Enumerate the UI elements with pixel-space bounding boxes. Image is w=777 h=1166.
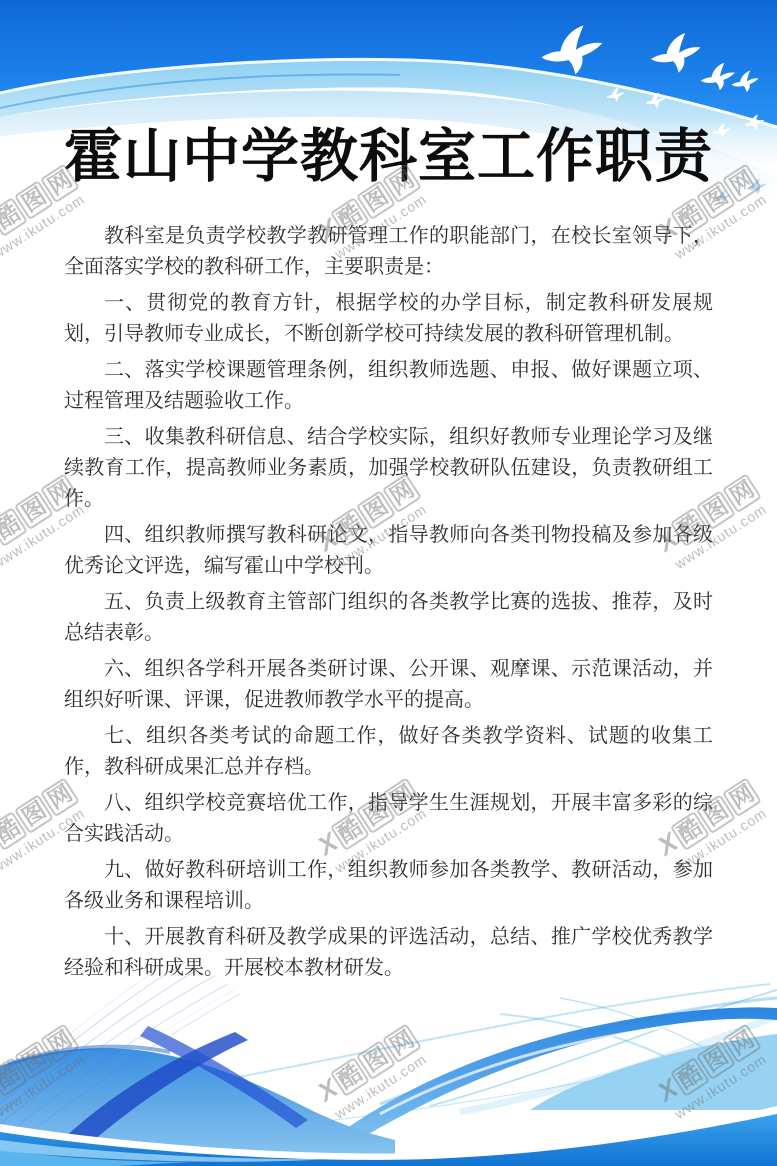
page-title: 霍山中学教科室工作职责 — [0, 124, 777, 191]
dove-icon — [714, 190, 730, 203]
duty-item-2: 二、落实学校课题管理条例，组织教师选题、申报、做好课题立项、过程管理及结题验收工… — [64, 355, 713, 417]
intro-paragraph: 教科室是负责学校教学教研管理工作的职能部门，在校长室领导下，全面落实学校的教科研… — [64, 221, 713, 283]
duty-item-5: 五、负责上级教育主管部门组织的各类教学比赛的选拔、推荐，及时总结表彰。 — [64, 587, 713, 649]
header-art — [0, 0, 777, 232]
duty-item-10: 十、开展教育科研及教学成果的评选活动，总结、推广学校优秀教学经验和科研成果。开展… — [64, 922, 713, 984]
poster: 霍山中学教科室工作职责 教科室是负责学校教学教研管理工作的职能部门，在校长室领导… — [0, 0, 777, 1166]
watermark-logo-icon: X — [0, 827, 1, 862]
watermark-logo-icon: X — [0, 523, 1, 558]
duty-item-9: 九、做好教科研培训工作，组织教师参加各类教学、教研活动，参加各级业务和课程培训。 — [64, 855, 713, 917]
duty-item-7: 七、组织各类考试的命题工作，做好各类教学资料、试题的收集工作，教科研成果汇总并存… — [64, 721, 713, 783]
duty-item-8: 八、组织学校竞赛培优工作，指导学生生涯规划，开展丰富多彩的综合实践活动。 — [64, 788, 713, 850]
duty-item-3: 三、收集教科研信息、结合学校实际，组织好教师专业理论学习及继续教育工作，提高教师… — [64, 422, 713, 515]
body-text: 教科室是负责学校教学教研管理工作的职能部门，在校长室领导下，全面落实学校的教科研… — [64, 221, 713, 989]
duty-item-1: 一、贯彻党的教育方针，根据学校的办学目标，制定教科研发展规划，引导教师专业成长，… — [64, 288, 713, 350]
duty-item-4: 四、组织教师撰写教科研论文，指导教师向各类刊物投稿及参加各级优秀论文评选，编写霍… — [64, 520, 713, 582]
duty-item-6: 六、组织各学科开展各类研讨课、公开课、观摩课、示范课活动，并组织好听课、评课，促… — [64, 654, 713, 716]
